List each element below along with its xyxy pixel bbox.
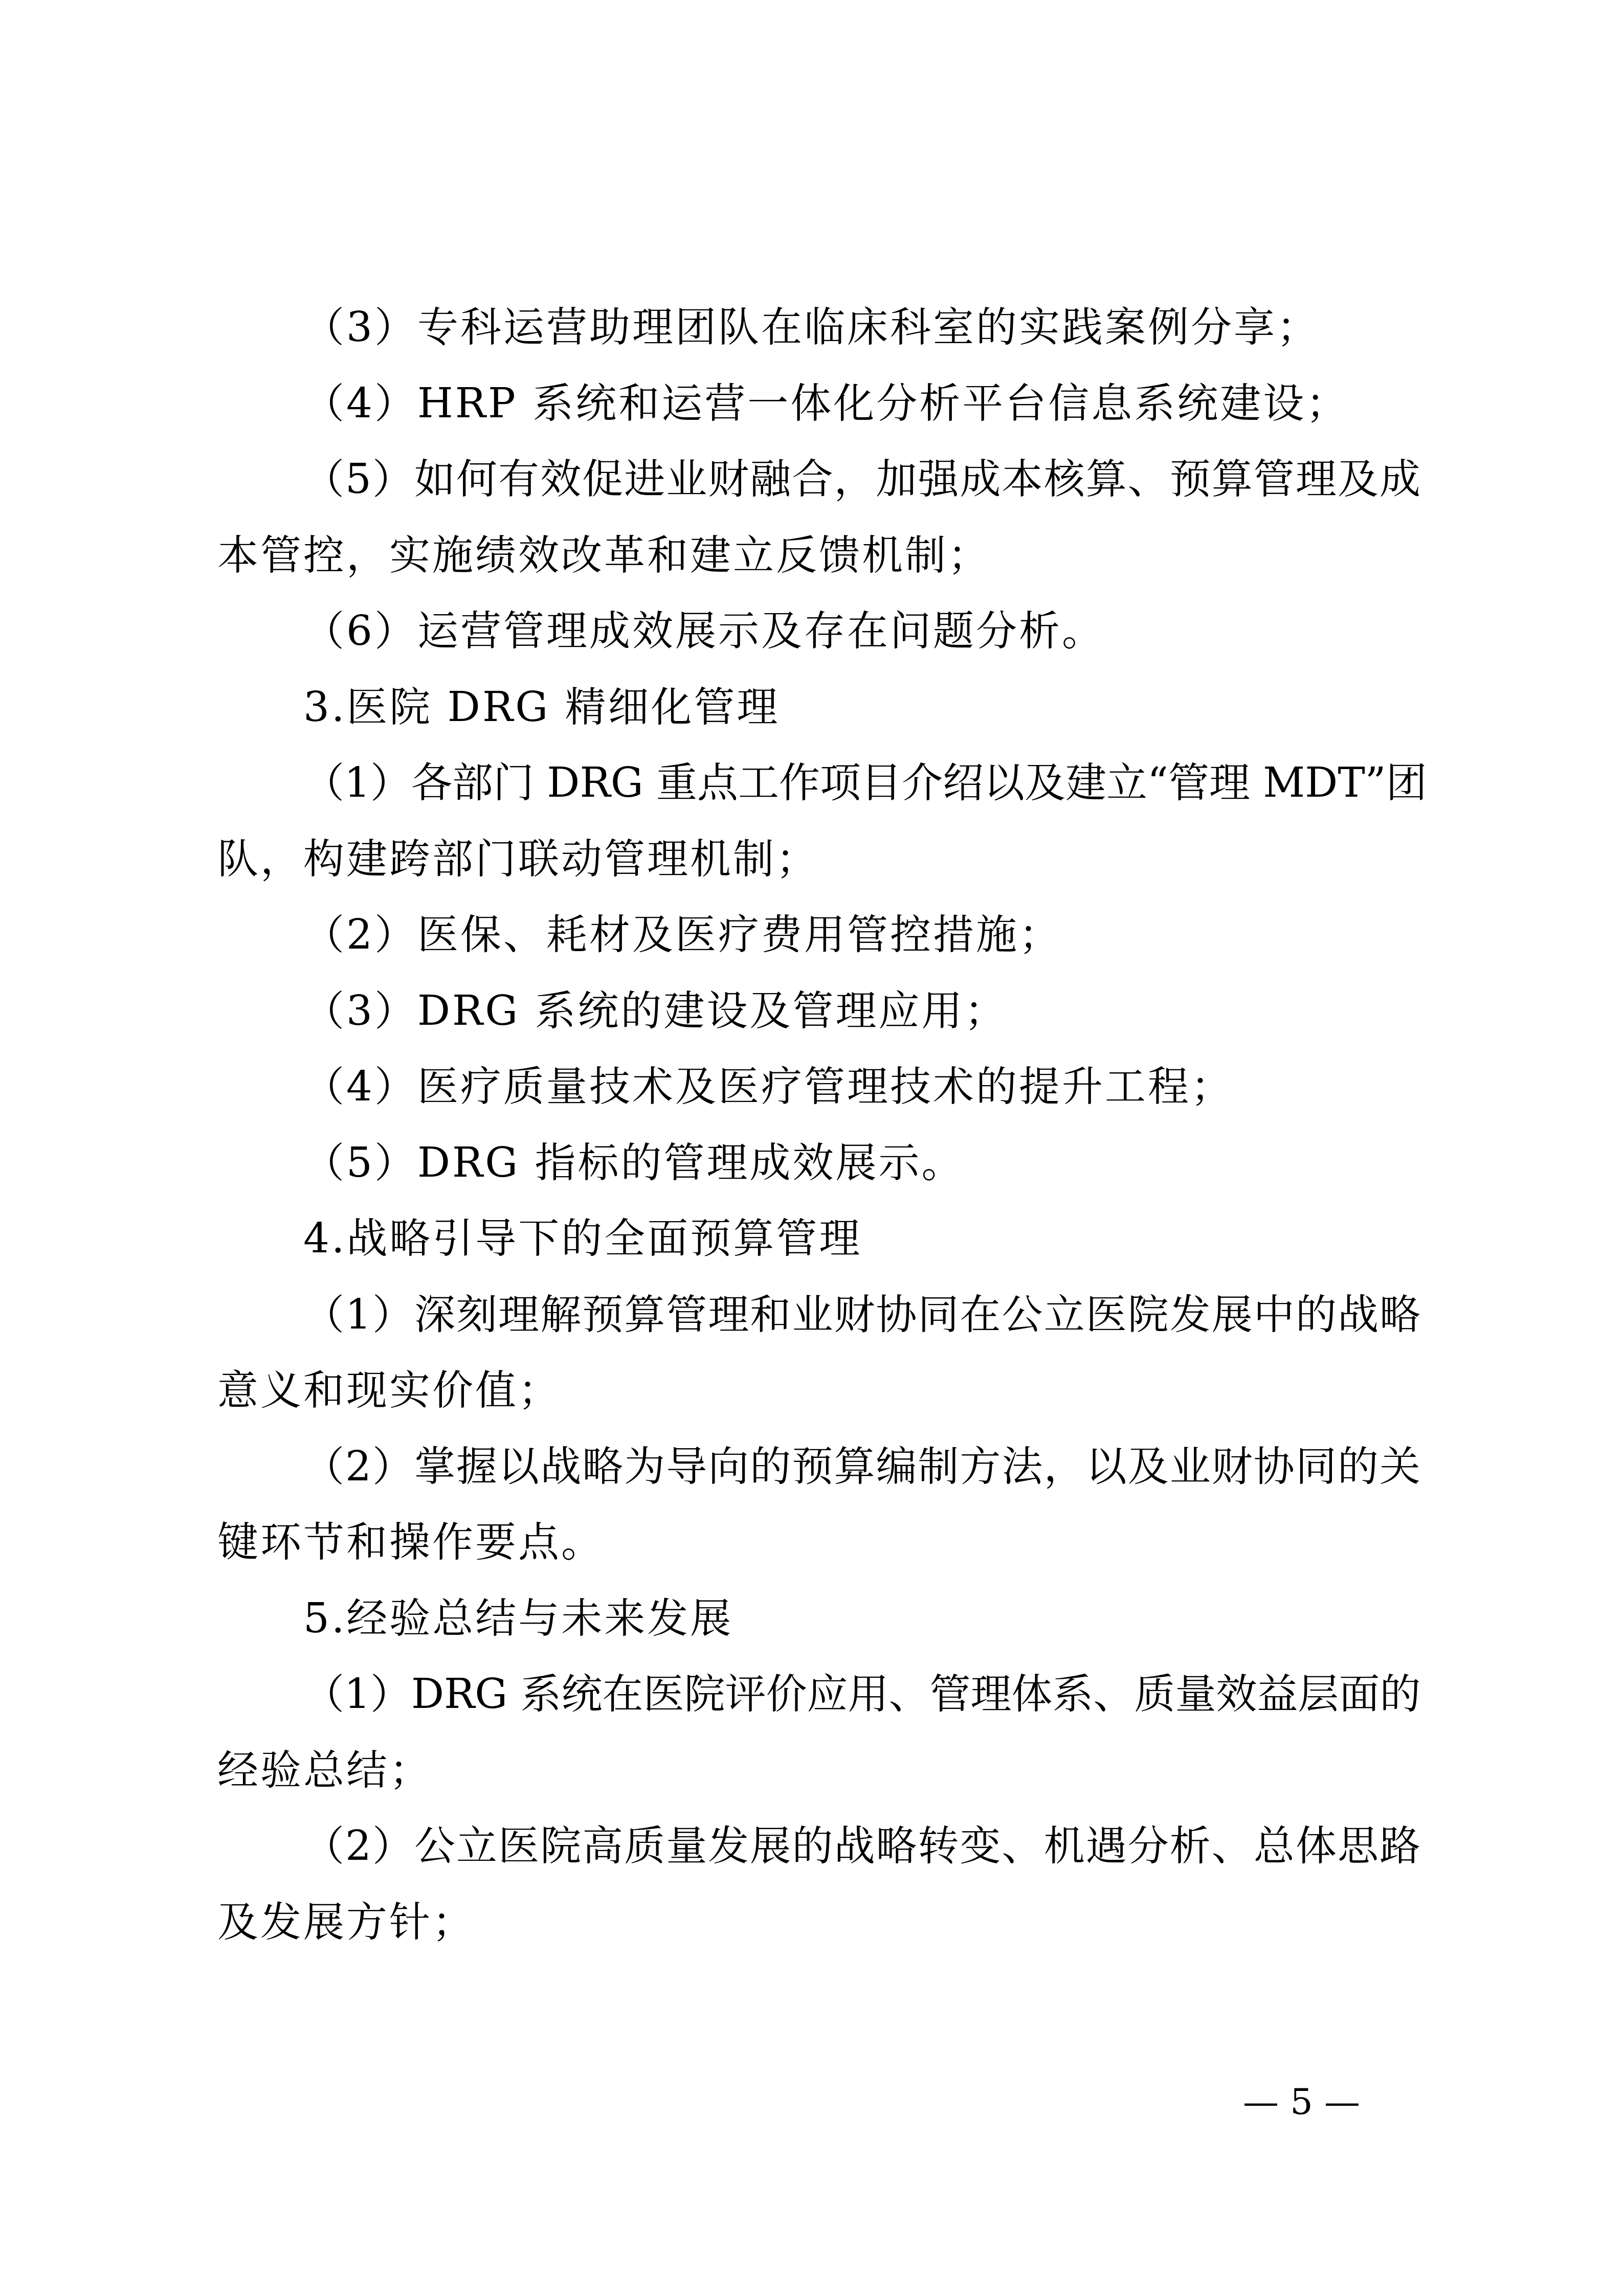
section-heading-3: 3.医院 DRG 精细化管理 — [217, 669, 1420, 746]
list-item-ops-6: （6）运营管理成效展示及存在问题分析。 — [217, 593, 1420, 669]
list-item-summary-2: （2）公立医院高质量发展的战略转变、机遇分析、总体思路 — [217, 1808, 1420, 1884]
section-heading-4: 4.战略引导下的全面预算管理 — [217, 1201, 1420, 1277]
list-item-summary-1: （1）DRG 系统在医院评价应用、管理体系、质量效益层面的 — [217, 1656, 1420, 1732]
list-item-ops-4: （4）HRP 系统和运营一体化分析平台信息系统建设； — [217, 366, 1420, 442]
list-item-drg-5: （5）DRG 指标的管理成效展示。 — [217, 1125, 1420, 1201]
document-page: （3）专科运营助理团队在临床科室的实践案例分享； （4）HRP 系统和运营一体化… — [0, 0, 1624, 2296]
list-item-drg-1: （1）各部门 DRG 重点工作项目介绍以及建立“管理 MDT”团 — [217, 745, 1420, 821]
list-item-drg-3: （3）DRG 系统的建设及管理应用； — [217, 973, 1420, 1049]
list-item-drg-2: （2）医保、耗材及医疗费用管控措施； — [217, 897, 1420, 973]
list-item-ops-5: （5）如何有效促进业财融合，加强成本核算、预算管理及成 — [217, 441, 1420, 517]
document-body: （3）专科运营助理团队在临床科室的实践案例分享； （4）HRP 系统和运营一体化… — [217, 289, 1420, 1960]
list-item-drg-4: （4）医疗质量技术及医疗管理技术的提升工程； — [217, 1049, 1420, 1125]
list-item-ops-3: （3）专科运营助理团队在临床科室的实践案例分享； — [217, 289, 1420, 366]
page-number: — 5 — — [1243, 2076, 1355, 2127]
section-heading-5: 5.经验总结与未来发展 — [217, 1581, 1420, 1657]
list-item-budget-2: （2）掌握以战略为导向的预算编制方法，以及业财协同的关 — [217, 1429, 1420, 1505]
list-item-budget-1-continuation: 意义和现实价值； — [217, 1353, 1420, 1429]
list-item-drg-1-continuation: 队，构建跨部门联动管理机制； — [217, 821, 1420, 897]
list-item-summary-1-continuation: 经验总结； — [217, 1732, 1420, 1809]
list-item-summary-2-continuation: 及发展方针； — [217, 1884, 1420, 1961]
list-item-budget-2-continuation: 键环节和操作要点。 — [217, 1504, 1420, 1581]
list-item-budget-1: （1）深刻理解预算管理和业财协同在公立医院发展中的战略 — [217, 1277, 1420, 1353]
list-item-ops-5-continuation: 本管控，实施绩效改革和建立反馈机制； — [217, 517, 1420, 594]
